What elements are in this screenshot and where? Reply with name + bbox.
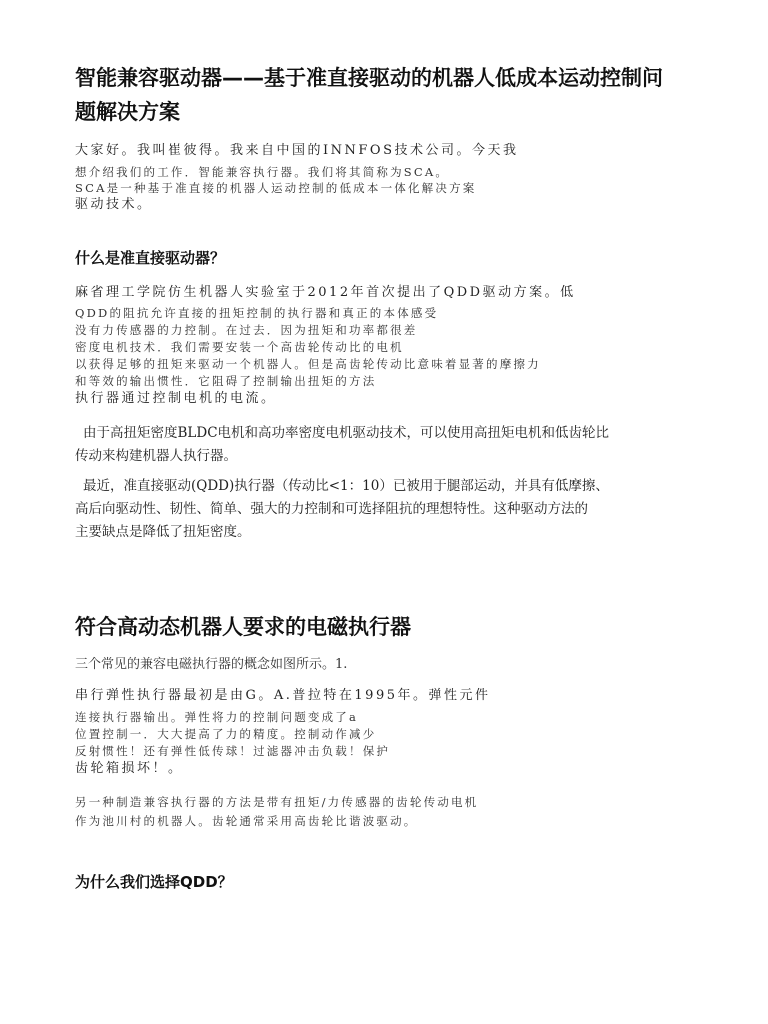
- paragraph-line: 三个常见的兼容电磁执行器的概念如图所示。1.: [75, 655, 347, 675]
- paragraph-line: 串行弹性执行器最初是由G。A.普拉特在1995年。弹性元件: [75, 688, 491, 704]
- intro-line: 想介绍我们的工作．智能兼容执行器。我们将其简称为SCA。: [75, 164, 449, 180]
- document-page: 智能兼容驱动器——基于准直接驱动的机器人低成本运动控制问 题解决方案 大家好。我…: [0, 0, 768, 1024]
- paragraph-line: 作为池川村的机器人。齿轮通常采用高齿轮比谐波驱动。: [75, 813, 418, 829]
- section-heading-why-qdd: 为什么我们选择QDD？: [75, 872, 233, 892]
- paragraph-line: 高后向驱动性、韧性、简单、强大的力控制和可选择阻抗的理想特性。这种驱动方法的: [75, 498, 588, 521]
- paragraph-line: 密度电机技术．我们需要安装一个高齿轮传动比的电机: [75, 339, 404, 355]
- paragraph-line: 位置控制一．大大提高了力的精度。控制动作减少: [75, 726, 376, 742]
- paragraph-line: 由于高扭矩密度BLDC电机和高功率密度电机驱动技术，可以使用高扭矩电机和低齿轮比: [83, 422, 609, 445]
- paragraph-line: 连接执行器输出。弹性将力的控制问题变成了a: [75, 709, 358, 725]
- paragraph-line: 执行器通过控制电机的电流。: [75, 391, 277, 407]
- intro-line: 驱动技术。: [75, 197, 153, 213]
- paragraph-line: 反射惯性！还有弹性低传球！过滤器冲击负载！保护: [75, 743, 390, 759]
- section-heading-em-actuator: 符合高动态机器人要求的电磁执行器: [75, 613, 411, 641]
- document-title-line-1: 智能兼容驱动器——基于准直接驱动的机器人低成本运动控制问: [75, 62, 663, 94]
- paragraph-line: 最近，准直接驱动(QDD)执行器（传动比<1：10）已被用于腿部运动，并具有低摩…: [83, 475, 609, 498]
- paragraph-line: 齿轮箱损坏！。: [75, 761, 184, 777]
- intro-line: 大家好。我叫崔彼得。我来自中国的INNFOS技术公司。今天我: [75, 143, 518, 159]
- paragraph-line: 以获得足够的扭矩来驱动一个机器人。但是高齿轮传动比意味着显著的摩擦力: [75, 356, 541, 372]
- intro-line: SCA是一种基于准直接的机器人运动控制的低成本一体化解决方案: [75, 180, 476, 196]
- paragraph-line: 没有力传感器的力控制。在过去．因为扭矩和功率都很差: [75, 322, 418, 338]
- paragraph-line: 另一种制造兼容执行器的方法是带有扭矩/力传感器的齿轮传动电机: [75, 794, 478, 810]
- section-heading-qdd: 什么是准直接驱动器？: [75, 248, 225, 268]
- document-title-line-2: 题解决方案: [75, 96, 180, 128]
- paragraph-line: 和等效的输出惯性．它阻碍了控制输出扭矩的方法: [75, 373, 376, 389]
- paragraph-line: 传动来构建机器人执行器。: [75, 445, 237, 468]
- paragraph-line: 主要缺点是降低了扭矩密度。: [75, 521, 251, 544]
- paragraph-line: 麻省理工学院仿生机器人实验室于2012年首次提出了QDD驱动方案。低: [75, 285, 576, 301]
- paragraph-line: QDD的阻抗允许直接的扭矩控制的执行器和真正的本体感受: [75, 305, 438, 321]
